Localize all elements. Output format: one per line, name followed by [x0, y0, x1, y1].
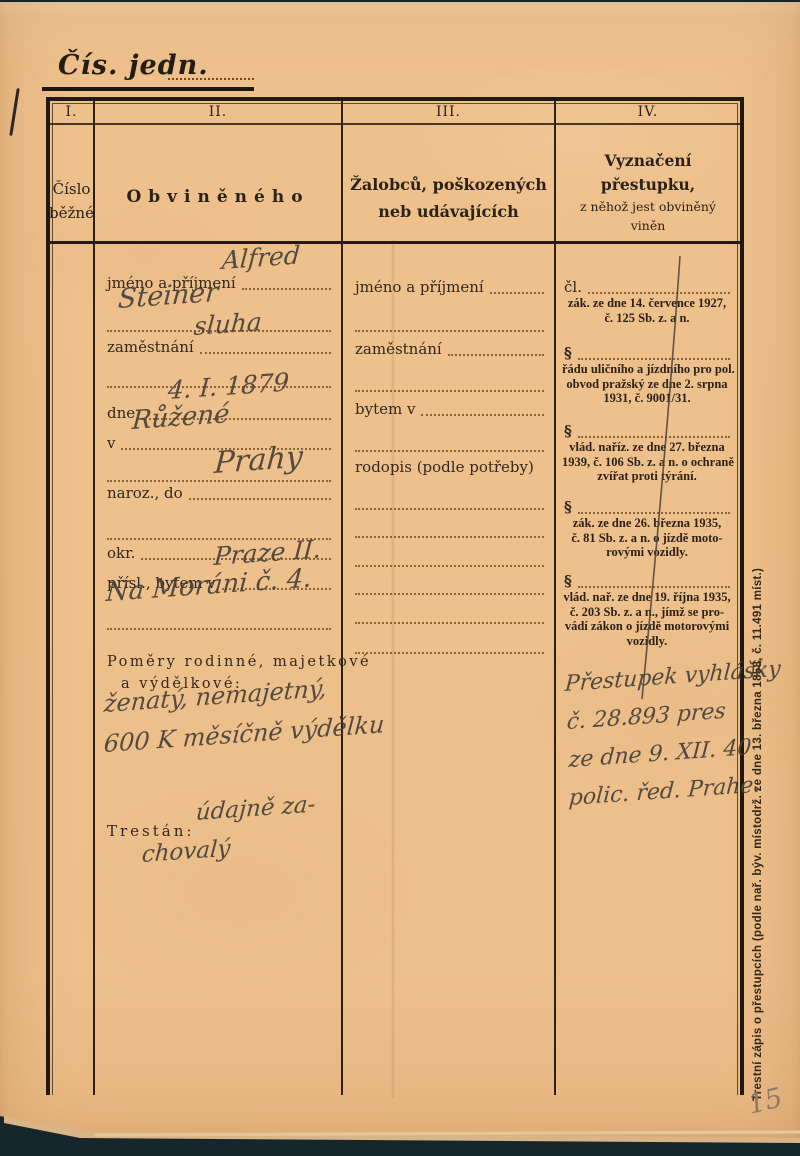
header-line: neb udávajících — [378, 198, 518, 225]
column-numeral-3: III. — [343, 101, 556, 125]
handwritten-offense-line3: ze dne 9. XII. 40 — [568, 735, 752, 773]
column-numeral-1: I. — [50, 101, 95, 125]
handwritten-punished2: chovalý — [141, 836, 231, 868]
statute-line: č. 125 Sb. z. a n. — [562, 311, 732, 326]
handwritten-occupation: sluha — [193, 307, 263, 341]
ref-number-label: Čís. jedn. — [58, 50, 209, 81]
blank-line — [355, 376, 544, 394]
blank-line — [355, 551, 544, 569]
field-label: dne — [107, 404, 135, 422]
statute-line: 1931, č. 9001/31. — [562, 391, 732, 406]
statute-2: řádu uličního a jízdního pro pol. obvod … — [562, 362, 732, 406]
dotted-line — [355, 390, 544, 392]
field-occupation: zaměstnání — [355, 340, 544, 358]
field-label: Poměry rodinné, majetkové — [107, 654, 371, 670]
scanned-document-photo: Čís. jedn. I. II. III. IV. Číslo běžné O… — [0, 0, 800, 1156]
dotted-line — [107, 628, 331, 630]
column-numeral-2: II. — [95, 101, 343, 125]
dotted-line — [578, 586, 730, 588]
statute-line: vádí zákon o jízdě motorovými — [562, 619, 732, 634]
body-offense: čl. zák. ze dne 14. července 1927, č. 12… — [556, 244, 740, 1095]
header-line: Obviněného — [126, 187, 309, 207]
dotted-line — [355, 508, 544, 510]
dotted-line — [578, 358, 730, 360]
dotted-line — [355, 593, 544, 595]
handwritten-surname: Steiner — [117, 277, 219, 315]
statute-line: řádu uličního a jízdního pro pol. — [562, 362, 732, 377]
statute-3: vlád. naříz. ze dne 27. března 1939, č. … — [562, 440, 732, 484]
blank-line — [355, 316, 544, 334]
heading-underline — [42, 87, 254, 91]
dotted-line — [200, 352, 331, 354]
handwritten-residence2: Na Moráni č. 4. — [105, 563, 313, 608]
dotted-line — [578, 436, 730, 438]
statute-line: obvod pražský ze dne 2. srpna — [562, 377, 732, 392]
field-label: Trestán: — [107, 822, 194, 840]
dotted-line — [490, 292, 544, 294]
body-running-number — [50, 244, 95, 1095]
statute-line: zák. ze dne 14. července 1927, — [562, 296, 732, 311]
field-label: zaměstnání — [107, 338, 194, 356]
handwritten-offense-line4: polic. řed. Prahe. — [568, 772, 761, 811]
statute-line: č. 203 Sb. z. a n., jímž se pro- — [562, 605, 732, 620]
blank-line — [355, 608, 544, 626]
handwritten-first-name: Alfred — [221, 240, 301, 275]
column-header-plaintiffs: Žalobců, poškozených neb udávajících — [343, 125, 556, 244]
statute-5: vlád. nař. ze dne 19. října 1935, č. 203… — [562, 590, 732, 648]
field-label: bytem v — [355, 400, 415, 418]
header-line: z něhož jest obviněný — [580, 197, 716, 216]
statute-line: vlád. naříz. ze dne 27. března — [562, 440, 732, 455]
field-paragraph: § — [564, 500, 730, 516]
dotted-line — [578, 512, 730, 514]
field-family-conditions: Poměry rodinné, majetkové — [107, 652, 331, 670]
column-header-offense: Vyznačení přestupku, z něhož jest obvině… — [556, 125, 740, 244]
header-line: viněn — [631, 216, 666, 235]
dotted-line — [355, 330, 544, 332]
body-accused: jméno a příjmení Alfred Steiner zaměstná… — [95, 244, 343, 1095]
column-header-running-number: Číslo běžné — [50, 125, 95, 244]
field-label: rodopis (podle potřeby) — [355, 458, 534, 476]
field-label: zaměstnání — [355, 340, 442, 358]
field-paragraph: § — [564, 424, 730, 440]
dotted-line — [588, 292, 730, 294]
field-paragraph: § — [564, 574, 730, 590]
field-label: okr. — [107, 544, 135, 562]
dotted-line — [355, 622, 544, 624]
statute-line: vlád. nař. ze dne 19. října 1935, — [562, 590, 732, 605]
field-residence-line2 — [107, 614, 331, 632]
handwritten-birth-place: Růžené — [131, 399, 230, 436]
section-sign: § — [564, 344, 572, 362]
field-genealogy: rodopis (podle potřeby) — [355, 458, 544, 476]
header-line: běžné — [49, 201, 94, 225]
column-numeral-4: IV. — [556, 101, 740, 125]
section-sign: § — [564, 422, 572, 440]
header-line: Číslo — [53, 177, 91, 201]
blank-line — [355, 579, 544, 597]
field-born-to: naroz., do — [107, 484, 331, 502]
section-sign: § — [564, 498, 572, 516]
dotted-line — [189, 498, 331, 500]
header-line: Vyznačení — [605, 149, 692, 173]
field-address: bytem v — [355, 400, 544, 418]
field-label: v — [107, 434, 115, 452]
statute-1: zák. ze dne 14. července 1927, č. 125 Sb… — [562, 296, 732, 325]
dotted-line — [242, 288, 331, 290]
section-sign: § — [564, 572, 572, 590]
field-name: jméno a příjmení — [355, 278, 544, 296]
field-occupation: zaměstnání — [107, 338, 331, 356]
field-paragraph: § — [564, 346, 730, 362]
dotted-line — [421, 414, 544, 416]
column-header-accused: Obviněného — [95, 125, 343, 244]
header-line: přestupku, — [601, 173, 695, 197]
dotted-line — [168, 78, 254, 80]
blank-line — [355, 522, 544, 540]
dotted-line — [355, 450, 544, 452]
field-label: jméno a příjmení — [355, 278, 484, 296]
dotted-line — [448, 354, 544, 356]
dotted-line — [355, 536, 544, 538]
statute-line: č. 81 Sb. z. a n. o jízdě moto- — [562, 531, 732, 546]
statute-line: vozidly. — [562, 634, 732, 649]
header-line: Žalobců, poškozených — [350, 171, 547, 198]
record-table: I. II. III. IV. Číslo běžné Obviněného Ž… — [46, 97, 744, 1095]
side-caption: Trestní zápis o přestupcích (podle nař. … — [752, 589, 764, 1101]
blank-line — [355, 638, 544, 656]
field-label: čl. — [564, 278, 582, 296]
blank-line — [355, 494, 544, 512]
field-label: naroz., do — [107, 484, 183, 502]
statute-line: rovými vozidly. — [562, 545, 732, 560]
statute-4: zák. ze dne 26. března 1935, č. 81 Sb. z… — [562, 516, 732, 560]
statute-line: 1939, č. 106 Sb. z. a n. o ochraně — [562, 455, 732, 470]
dotted-line — [355, 565, 544, 567]
handwritten-punished1: údajně za- — [195, 791, 316, 826]
blank-line — [355, 436, 544, 454]
body-plaintiffs: jméno a příjmení zaměstnání bytem v rodo… — [343, 244, 556, 1095]
field-article: čl. — [564, 280, 730, 296]
handwritten-offense-line2: č. 28.893 pres — [566, 699, 727, 735]
statute-line: zvířat proti týrání. — [562, 469, 732, 484]
statute-line: zák. ze dne 26. března 1935, — [562, 516, 732, 531]
handwritten-born-to: Prahy — [213, 440, 304, 481]
dotted-line — [355, 652, 544, 654]
